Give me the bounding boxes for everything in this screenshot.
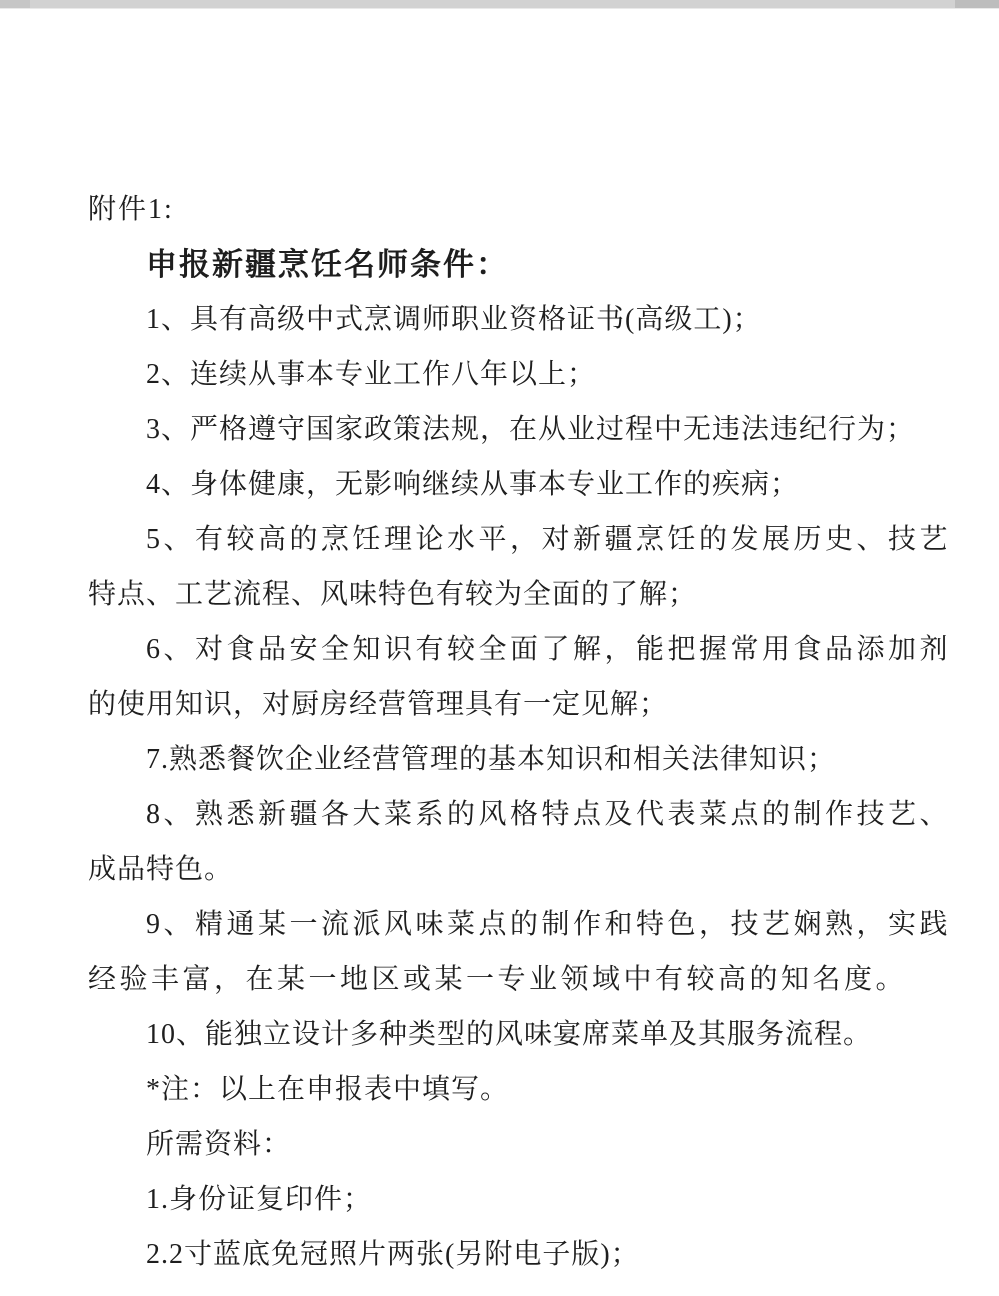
body-line-item-5-cont: 特点、工艺流程、风味特色有较为全面的了解；	[88, 567, 935, 622]
body-line-item-7: 7.熟悉餐饮企业经营管理的基本知识和相关法律知识；	[88, 732, 935, 787]
body-line-material-1: 1.身份证复印件；	[88, 1172, 935, 1227]
top-bar-right-segment	[955, 0, 999, 8]
body-line-material-2: 2.2寸蓝底免冠照片两张(另附电子版)；	[88, 1227, 935, 1282]
body-line-item-8-cont: 成品特色。	[88, 842, 935, 897]
body-line-item-4: 4、身体健康，无影响继续从事本专业工作的疾病；	[88, 457, 935, 512]
body-line-item-9: 9、精通某一流派风味菜点的制作和特色，技艺娴熟，实践	[88, 897, 935, 952]
body-line-item-10: 10、能独立设计多种类型的风味宴席菜单及其服务流程。	[88, 1007, 935, 1062]
body-line-item-3: 3、严格遵守国家政策法规，在从业过程中无违法违纪行为；	[88, 402, 935, 457]
document-page: 附件1: 申报新疆烹饪名师条件： 1、具有高级中式烹调师职业资格证书(高级工)；…	[0, 8, 999, 1282]
body-line-item-9-cont: 经验丰富，在某一地区或某一专业领域中有较高的知名度。	[88, 952, 935, 1007]
body-line-required-materials-heading: 所需资料：	[88, 1117, 935, 1172]
body-line-item-6-cont: 的使用知识，对厨房经营管理具有一定见解；	[88, 677, 935, 732]
body-line-item-1: 1、具有高级中式烹调师职业资格证书(高级工)；	[88, 292, 935, 347]
top-bar-left-segment	[0, 0, 30, 8]
attachment-label: 附件1:	[88, 182, 935, 237]
body-line-item-6: 6、对食品安全知识有较全面了解，能把握常用食品添加剂	[88, 622, 935, 677]
body-line-item-5: 5、有较高的烹饪理论水平，对新疆烹饪的发展历史、技艺	[88, 512, 935, 567]
body-line-item-8: 8、熟悉新疆各大菜系的风格特点及代表菜点的制作技艺、	[88, 787, 935, 842]
body-line-note: *注：以上在申报表中填写。	[88, 1062, 935, 1117]
document-title: 申报新疆烹饪名师条件：	[88, 237, 935, 292]
body-line-item-2: 2、连续从事本专业工作八年以上；	[88, 347, 935, 402]
